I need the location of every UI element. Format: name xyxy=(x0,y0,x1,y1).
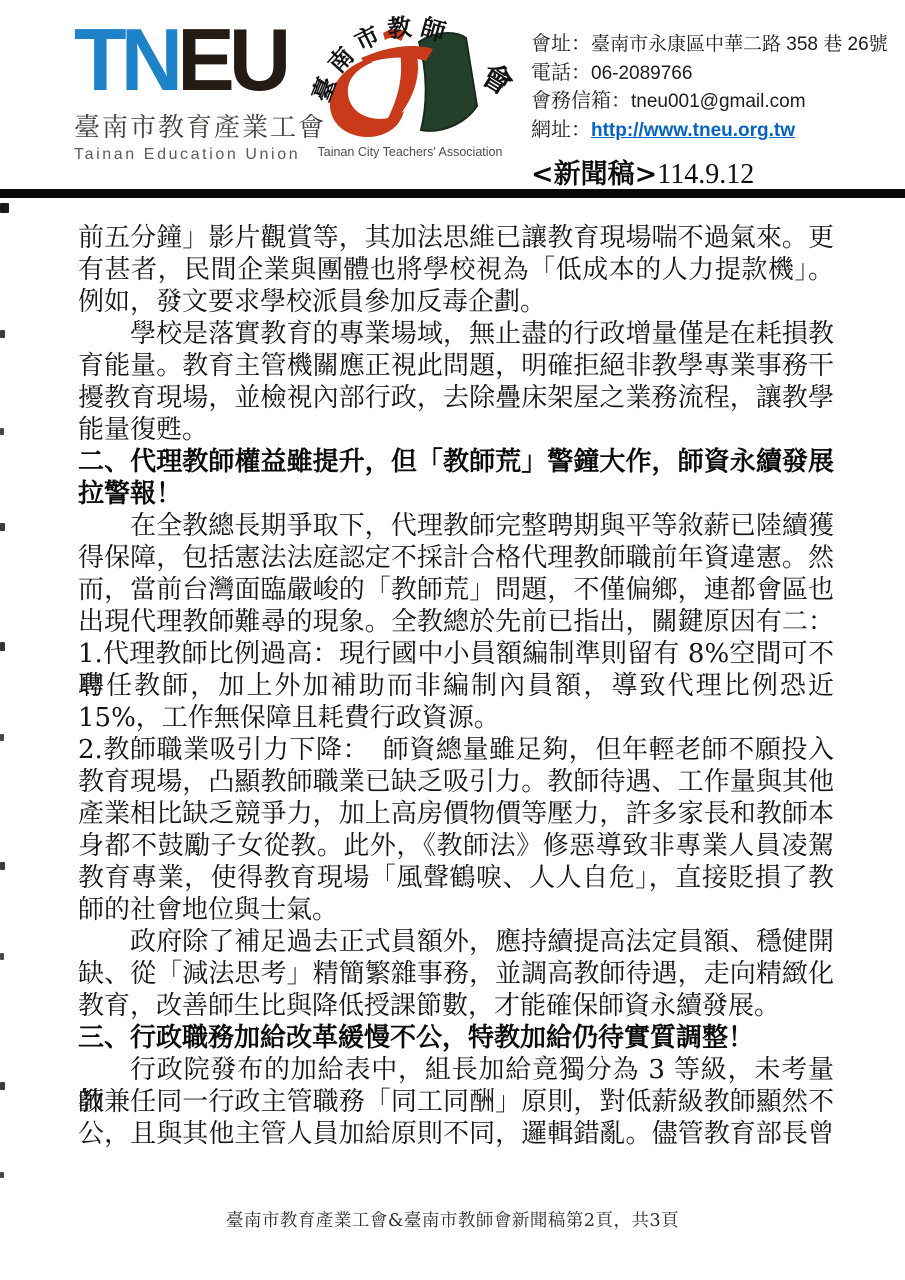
body-line: 在全教總長期爭取下，代理教師完整聘期與平等敘薪已陸續獲 xyxy=(78,510,834,542)
address-label: 會址： xyxy=(531,31,591,55)
body-line: 師的社會地位與士氣。 xyxy=(78,894,834,926)
body-line: 學校是落實教育的專業場域，無止盡的行政增量僅是在耗損教 xyxy=(78,318,834,350)
body-line: 公，且與其他主管人員加給原則不同，邏輯錯亂。儘管教育部長曾 xyxy=(78,1118,834,1150)
scan-artifact xyxy=(0,523,5,531)
scan-artifact xyxy=(0,862,5,870)
body-line: 而，當前台灣面臨嚴峻的「教師荒」問題，不僅偏鄉，連都會區也 xyxy=(78,574,834,606)
body-line: 擾教育現場，並檢視內部行政，去除疊床架屋之業務流程，讓教學 xyxy=(78,382,834,414)
scan-artifact xyxy=(0,1172,4,1178)
body-line: 專任教師，加上外加補助而非編制內員額，導致代理比例恐近 xyxy=(78,670,834,702)
phone-label: 電話： xyxy=(531,60,591,84)
tcta-logo-graphic: 臺南市教師 會 Tainan City Teachers' Associatio… xyxy=(303,8,518,168)
section-heading: 拉警報！ xyxy=(78,478,834,510)
body-line: 師兼任同一行政主管職務「同工同酬」原則，對低薪級教師顯然不 xyxy=(78,1086,834,1118)
body-line: 出現代理教師難尋的現象。全教總於先前已指出，關鍵原因有二： xyxy=(78,606,834,638)
body-line: 能量復甦。 xyxy=(78,414,834,446)
scan-artifact xyxy=(0,642,5,651)
tneu-logo: TNEU 臺南市教育產業工會 Tainan Education Union xyxy=(74,20,336,164)
tneu-wordmark-tn: TN xyxy=(74,10,177,109)
tneu-org-name-en: Tainan Education Union xyxy=(74,146,336,164)
body-line: 行政院發布的加給表中，組長加給竟獨分為 3 等級，未考量教 xyxy=(78,1054,834,1086)
tcta-caption: Tainan City Teachers' Association xyxy=(318,145,503,159)
document-body: 前五分鐘」影片觀賞等，其加法思維已讓教育現場喘不過氣來。更 有甚者，民間企業與團… xyxy=(78,222,834,1150)
address-value: 臺南市永康區中華二路 358 巷 26號 xyxy=(591,34,888,55)
body-line: 缺、從「減法思考」精簡繁雜事務，並調高教師待遇，走向精緻化 xyxy=(78,958,834,990)
body-line: 教育，改善師生比與降低授課節數，才能確保師資永續發展。 xyxy=(78,990,834,1022)
website-link[interactable]: http://www.tneu.org.tw xyxy=(591,120,795,141)
press-release-page: TNEU 臺南市教育產業工會 Tainan Education Union 臺南… xyxy=(0,0,905,1280)
scan-artifact xyxy=(0,734,4,741)
press-release-tag: <新聞稿> xyxy=(531,159,657,190)
scan-artifact xyxy=(0,428,4,435)
scan-artifact xyxy=(0,203,9,213)
tneu-org-name-zh: 臺南市教育產業工會 xyxy=(74,107,336,144)
scan-artifact xyxy=(0,1082,5,1090)
email-label: 會務信箱： xyxy=(531,88,631,112)
scan-artifact xyxy=(0,953,4,960)
tcta-logo: 臺南市教師 會 Tainan City Teachers' Associatio… xyxy=(303,8,518,168)
body-line: 政府除了補足過去正式員額外，應持續提高法定員額、穩健開 xyxy=(78,926,834,958)
body-line: 教育專業，使得教育現場「風聲鶴唳、人人自危」，直接貶損了教 xyxy=(78,862,834,894)
body-line: 1.代理教師比例過高：現行國中小員額編制準則留有 8%空間可不聘 xyxy=(78,638,834,670)
doc-tagline: <新聞稿>114.9.12 xyxy=(531,152,754,191)
body-line: 教育現場，凸顯教師職業已缺乏吸引力。教師待遇、工作量與其他 xyxy=(78,766,834,798)
email-value: tneu001@gmail.com xyxy=(631,91,806,112)
section-heading: 二、代理教師權益雖提升，但「教師荒」警鐘大作，師資永續發展 xyxy=(78,446,834,478)
website-label: 網址： xyxy=(531,117,591,141)
header-divider-rule xyxy=(0,189,905,198)
body-line: 產業相比缺乏競爭力，加上高房價物價等壓力，許多家長和教師本 xyxy=(78,798,834,830)
press-release-date: 114.9.12 xyxy=(657,159,754,190)
body-line: 前五分鐘」影片觀賞等，其加法思維已讓教育現場喘不過氣來。更 xyxy=(78,222,834,254)
body-line: 身都不鼓勵子女從教。此外，《教師法》修惡導致非專業人員凌駕 xyxy=(78,830,834,862)
body-line: 2.教師職業吸引力下降： 師資總量雖足夠，但年輕老師不願投入 xyxy=(78,734,834,766)
contact-block: 會址：臺南市永康區中華二路 358 巷 26號 電話：06-2089766 會務… xyxy=(531,30,901,144)
body-line: 育能量。教育主管機關應正視此問題，明確拒絕非教學專業事務干 xyxy=(78,350,834,382)
body-line: 得保障，包括憲法法庭認定不採計合格代理教師職前年資違憲。然 xyxy=(78,542,834,574)
section-heading: 三、行政職務加給改革緩慢不公，特教加給仍待實質調整！ xyxy=(78,1022,834,1054)
phone-value: 06-2089766 xyxy=(591,63,692,84)
footer-page-note: 臺南市教育產業工會&臺南市教師會新聞稿第2頁，共3頁 xyxy=(0,1207,905,1232)
tneu-wordmark: TNEU xyxy=(74,20,331,101)
scan-artifact xyxy=(0,330,5,338)
body-line: 例如，發文要求學校派員參加反毒企劃。 xyxy=(78,286,834,318)
body-line: 有甚者，民間企業與團體也將學校視為「低成本的人力提款機」。 xyxy=(78,254,834,286)
tneu-wordmark-eu: EU xyxy=(177,10,285,109)
body-line: 15%，工作無保障且耗費行政資源。 xyxy=(78,702,834,734)
tcta-seal-char: 會 xyxy=(475,57,518,103)
